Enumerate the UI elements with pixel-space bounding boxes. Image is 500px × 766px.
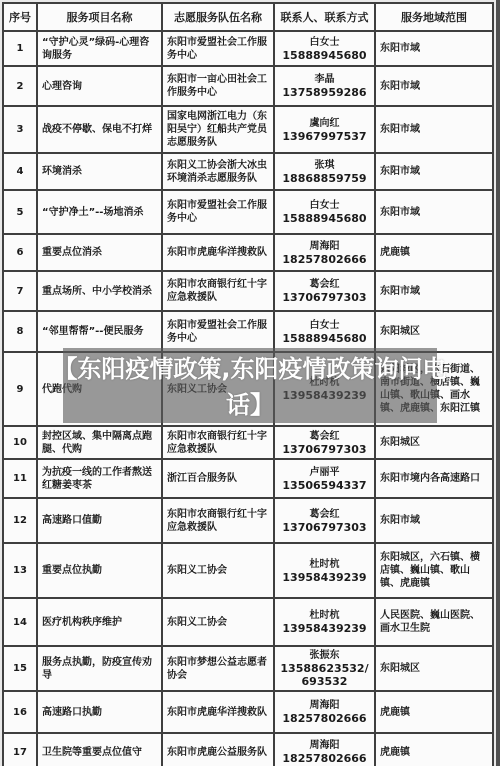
contact-person-name: 张琪 (277, 159, 372, 172)
header-row: 序号服务项目名称志愿服务队伍名称联系人、联系方式服务地域范围 (4, 4, 494, 32)
cell-team-name: 东阳市爱盟社会工作服务中心 (163, 32, 275, 67)
contact-phone-number: 13706797303 (277, 443, 372, 456)
cell-service-region: 东阳市域 (376, 32, 494, 67)
cell-service-name: 重点场所、中小学校消杀 (38, 272, 163, 312)
cell-row-number: 14 (4, 599, 38, 647)
cell-service-region: 东阳市域 (376, 67, 494, 107)
contact-phone-number: 18868859759 (277, 172, 372, 185)
cell-contact: 白女士15888945680 (275, 191, 376, 235)
contact-person-name: 周海阳 (277, 240, 372, 253)
cell-team-name: 东阳市爱盟社会工作服务中心 (163, 312, 275, 353)
cell-row-number: 10 (4, 427, 38, 460)
table-row: 8“邻里帮帮”--便民服务东阳市爱盟社会工作服务中心白女士15888945680… (4, 312, 494, 353)
column-header-team: 志愿服务队伍名称 (163, 4, 275, 32)
contact-phone-number: 15888945680 (277, 332, 372, 345)
cell-team-name: 东阳市农商银行红十字应急救援队 (163, 272, 275, 312)
cell-team-name: 东阳市虎鹿华洋搜救队 (163, 692, 275, 734)
cell-service-region: 东阳市域 (376, 154, 494, 191)
contact-person-name: 杜时杭 (277, 558, 372, 571)
cell-row-number: 2 (4, 67, 38, 107)
contact-phone-number: 13506594337 (277, 479, 372, 492)
contact-person-name: 杜时杭 (277, 609, 372, 622)
cell-row-number: 9 (4, 353, 38, 427)
contact-person-name: 周海阳 (277, 739, 372, 752)
contact-person-name: 张振东 (277, 649, 372, 662)
cell-service-region: 东阳市境内各高速路口 (376, 460, 494, 499)
cell-team-name: 东阳市虎鹿公益服务队 (163, 734, 275, 766)
cell-service-name: 高速路口执勤 (38, 692, 163, 734)
cell-row-number: 11 (4, 460, 38, 499)
cell-service-region: 虎鹿镇 (376, 692, 494, 734)
cell-service-name: 封控区域、集中隔离点跑腿、代购 (38, 427, 163, 460)
contact-phone-number: 13958439239 (277, 622, 372, 635)
cell-row-number: 15 (4, 647, 38, 692)
cell-row-number: 13 (4, 544, 38, 599)
table-row: 13重要点位执勤东阳义工协会杜时杭13958439239东阳城区，六石镇、横店镇… (4, 544, 494, 599)
cell-service-region: 人民医院、巍山医院、画水卫生院 (376, 599, 494, 647)
cell-row-number: 6 (4, 235, 38, 272)
table-row: 17卫生院等重要点位值守东阳市虎鹿公益服务队周海阳18257802666虎鹿镇 (4, 734, 494, 766)
cell-service-name: 卫生院等重要点位值守 (38, 734, 163, 766)
cell-service-name: “邻里帮帮”--便民服务 (38, 312, 163, 353)
cell-service-name: 医疗机构秩序维护 (38, 599, 163, 647)
cell-row-number: 5 (4, 191, 38, 235)
cell-service-region: 东阳市域 (376, 499, 494, 544)
cell-row-number: 8 (4, 312, 38, 353)
cell-team-name: 东阳义工协会浙大冰虫环境消杀志愿服务队 (163, 154, 275, 191)
cell-service-name: 环境消杀 (38, 154, 163, 191)
cell-contact: 周海阳18257802666 (275, 692, 376, 734)
table-row: 14医疗机构秩序维护东阳义工协会杜时杭13958439239人民医院、巍山医院、… (4, 599, 494, 647)
cell-team-name: 国家电网浙江电力（东阳吴宁）红船共产党员志愿服务队 (163, 107, 275, 154)
table-row: 6重要点位消杀东阳市虎鹿华洋搜救队周海阳18257802666虎鹿镇 (4, 235, 494, 272)
table-row: 16高速路口执勤东阳市虎鹿华洋搜救队周海阳18257802666虎鹿镇 (4, 692, 494, 734)
cell-service-region: 东阳市域 (376, 272, 494, 312)
cell-service-name: 心理咨询 (38, 67, 163, 107)
table-row: 11为抗疫一线的工作者熬送红糖姜枣茶浙江百合服务队卢丽平13506594337东… (4, 460, 494, 499)
cell-service-name: 服务点执勤，防疫宣传劝导 (38, 647, 163, 692)
table-row: 10封控区域、集中隔离点跑腿、代购东阳市农商银行红十字应急救援队葛会红13706… (4, 427, 494, 460)
contact-phone-number: 18257802666 (277, 253, 372, 266)
cell-team-name: 东阳市爱盟社会工作服务中心 (163, 191, 275, 235)
cell-service-region: 东阳城区 (376, 647, 494, 692)
cell-contact: 虞向红13967997537 (275, 107, 376, 154)
table-row: 5“守护净土”--场地消杀东阳市爱盟社会工作服务中心白女士15888945680… (4, 191, 494, 235)
contact-person-name: 虞向红 (277, 117, 372, 130)
cell-contact: 白女士15888945680 (275, 312, 376, 353)
cell-team-name: 东阳市虎鹿华洋搜救队 (163, 235, 275, 272)
watermark-overlay-text: 【东阳疫情政策,东阳疫情政策询问电话】 (45, 351, 455, 423)
page: 序号服务项目名称志愿服务队伍名称联系人、联系方式服务地域范围 1“守护心灵”绿码… (0, 0, 500, 766)
table-row: 15服务点执勤，防疫宣传劝导东阳市梦想公益志愿者协会张振东13588623532… (4, 647, 494, 692)
contact-person-name: 周海阳 (277, 699, 372, 712)
contact-person-name: 葛会红 (277, 278, 372, 291)
contact-phone-number: 18257802666 (277, 752, 372, 765)
contact-person-name: 白女士 (277, 319, 372, 332)
column-header-region: 服务地域范围 (376, 4, 494, 32)
cell-team-name: 东阳市农商银行红十字应急救援队 (163, 427, 275, 460)
contact-person-name: 李晶 (277, 73, 372, 86)
cell-contact: 杜时杭13958439239 (275, 544, 376, 599)
column-header-contact: 联系人、联系方式 (275, 4, 376, 32)
cell-service-region: 虎鹿镇 (376, 235, 494, 272)
contact-person-name: 白女士 (277, 199, 372, 212)
contact-phone-number: 13706797303 (277, 521, 372, 534)
cell-team-name: 东阳义工协会 (163, 544, 275, 599)
table-row: 7重点场所、中小学校消杀东阳市农商银行红十字应急救援队葛会红1370679730… (4, 272, 494, 312)
cell-service-region: 东阳市域 (376, 191, 494, 235)
cell-service-name: 重要点位消杀 (38, 235, 163, 272)
cell-contact: 葛会红13706797303 (275, 499, 376, 544)
contact-phone-number: 13758959286 (277, 86, 372, 99)
cell-row-number: 7 (4, 272, 38, 312)
contact-person-name: 白女士 (277, 36, 372, 49)
cell-team-name: 浙江百合服务队 (163, 460, 275, 499)
cell-team-name: 东阳市一亩心田社会工作服务中心 (163, 67, 275, 107)
cell-service-name: 重要点位执勤 (38, 544, 163, 599)
table-row: 3战疫不停歇、保电不打烊国家电网浙江电力（东阳吴宁）红船共产党员志愿服务队虞向红… (4, 107, 494, 154)
table-row: 4环境消杀东阳义工协会浙大冰虫环境消杀志愿服务队张琪18868859759东阳市… (4, 154, 494, 191)
column-header-no: 序号 (4, 4, 38, 32)
cell-team-name: 东阳市梦想公益志愿者协会 (163, 647, 275, 692)
cell-row-number: 12 (4, 499, 38, 544)
cell-contact: 杜时杭13958439239 (275, 599, 376, 647)
cell-contact: 卢丽平13506594337 (275, 460, 376, 499)
contact-phone-number: 15888945680 (277, 212, 372, 225)
cell-contact: 张琪18868859759 (275, 154, 376, 191)
column-header-service: 服务项目名称 (38, 4, 163, 32)
contact-person-name: 葛会红 (277, 430, 372, 443)
contact-person-name: 卢丽平 (277, 466, 372, 479)
right-edge-strip (496, 0, 500, 766)
cell-service-name: “守护净土”--场地消杀 (38, 191, 163, 235)
contact-phone-number: 13967997537 (277, 130, 372, 143)
cell-contact: 周海阳18257802666 (275, 235, 376, 272)
cell-row-number: 3 (4, 107, 38, 154)
cell-service-region: 东阳城区 (376, 427, 494, 460)
cell-service-name: 为抗疫一线的工作者熬送红糖姜枣茶 (38, 460, 163, 499)
cell-service-name: “守护心灵”绿码-心理咨询服务 (38, 32, 163, 67)
cell-team-name: 东阳市农商银行红十字应急救援队 (163, 499, 275, 544)
cell-service-region: 东阳城区，六石镇、横店镇、巍山镇、歌山镇、虎鹿镇 (376, 544, 494, 599)
cell-service-region: 东阳城区 (376, 312, 494, 353)
cell-contact: 白女士15888945680 (275, 32, 376, 67)
contact-person-name: 葛会红 (277, 508, 372, 521)
cell-contact: 葛会红13706797303 (275, 427, 376, 460)
contact-phone-number: 15888945680 (277, 49, 372, 62)
contact-phone-number: 13706797303 (277, 291, 372, 304)
table-row: 1“守护心灵”绿码-心理咨询服务东阳市爱盟社会工作服务中心白女士15888945… (4, 32, 494, 67)
cell-contact: 李晶13758959286 (275, 67, 376, 107)
cell-contact: 张振东13588623532/693532 (275, 647, 376, 692)
cell-row-number: 16 (4, 692, 38, 734)
cell-service-name: 战疫不停歇、保电不打烊 (38, 107, 163, 154)
cell-row-number: 17 (4, 734, 38, 766)
table-row: 12高速路口值勤东阳市农商银行红十字应急救援队葛会红13706797303东阳市… (4, 499, 494, 544)
cell-service-region: 东阳市域 (376, 107, 494, 154)
cell-row-number: 4 (4, 154, 38, 191)
cell-service-region: 虎鹿镇 (376, 734, 494, 766)
contact-phone-number: 13588623532/693532 (277, 662, 372, 688)
table-row: 2心理咨询东阳市一亩心田社会工作服务中心李晶13758959286东阳市域 (4, 67, 494, 107)
cell-team-name: 东阳义工协会 (163, 599, 275, 647)
cell-service-name: 高速路口值勤 (38, 499, 163, 544)
contact-phone-number: 18257802666 (277, 712, 372, 725)
cell-contact: 周海阳18257802666 (275, 734, 376, 766)
contact-phone-number: 13958439239 (277, 571, 372, 584)
cell-row-number: 1 (4, 32, 38, 67)
cell-contact: 葛会红13706797303 (275, 272, 376, 312)
